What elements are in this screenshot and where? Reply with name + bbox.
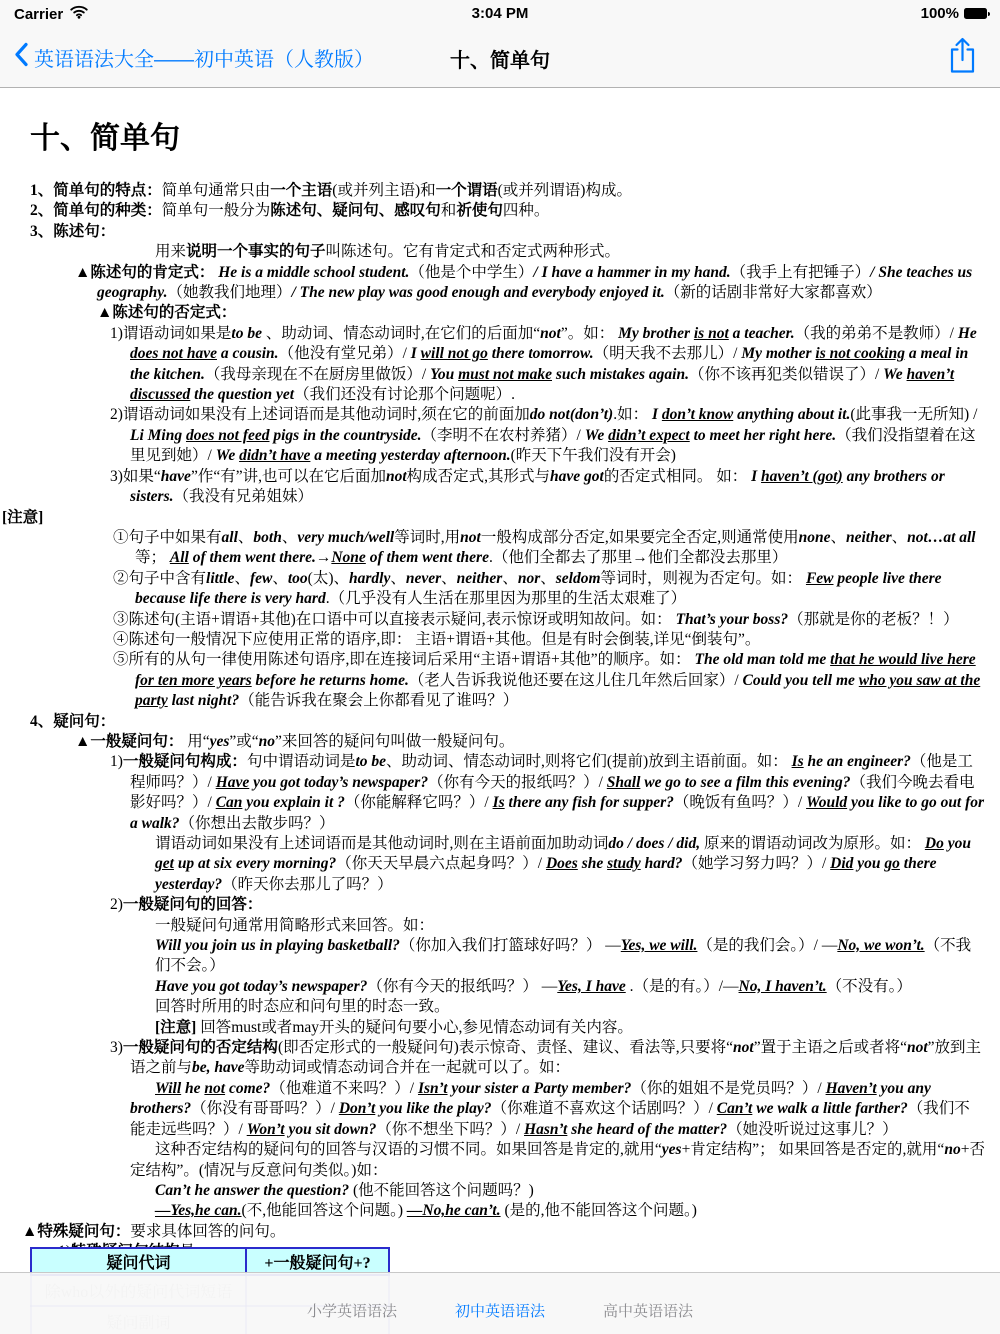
text-run: she (578, 855, 607, 872)
text-run: ⑤所有的从句一律使用陈述句语序,即在连接词后采用“主语+谓语+其他”的顺序。如： (113, 651, 695, 668)
text-run: （我们还没有讨论那个问题呢）. (294, 386, 515, 403)
text-run: (此事我一无所知) / (850, 406, 977, 423)
text-run: 等助动词或情态动词合并在一起就可以了。如： (245, 1059, 571, 1076)
text-run: 2)谓语动词如果没有上述词语而是其他动词时,须在它的前面加 (110, 406, 530, 423)
text-run: Li Ming (130, 427, 186, 444)
text-run: there tomorrow. (488, 345, 594, 362)
text-run: 一般构成部分否定,如果要完全否定,则通常使用 (481, 529, 799, 546)
text-run: ”作“有”讲,也可以在它后面加 (191, 468, 386, 485)
text-run: 要求具体回答的问句。 (130, 1223, 285, 1240)
text-run: ▲陈述句的否定式： (97, 304, 236, 321)
paragraph: 1)谓语动词如果是to be 、助动词、情态动词时,在它们的后面加“not”。如… (130, 324, 985, 406)
text-run: ①句子中如果有 (113, 529, 222, 546)
text-run: 陈述句、疑问句、感叹句 (270, 202, 441, 219)
tab-小学英语语法[interactable]: 小学英语语法 (307, 1300, 397, 1321)
text-run: too (288, 570, 308, 587)
text-run: neither (846, 529, 892, 546)
text-run: We (883, 366, 906, 383)
text-run: (不,他能回答这个问题。) (242, 1202, 407, 1219)
text-run: All (170, 549, 189, 566)
text-run: 、 (441, 570, 457, 587)
text-run: 1) (110, 753, 123, 770)
text-run: you (944, 835, 971, 852)
text-run: .（几乎没有人生活在那里因为那里的生活太艰难了） (326, 590, 686, 607)
text-run: 和 (441, 202, 457, 219)
text-run: 1、简单句的特点： (30, 182, 162, 199)
text-run: last night? (168, 692, 240, 709)
text-run: 、 (238, 529, 254, 546)
text-run: ”或“ (229, 733, 258, 750)
text-run: （她学习努力吗？）/ (682, 855, 830, 872)
text-run: We (585, 427, 608, 444)
text-run: be, have (192, 1059, 245, 1076)
text-run: not (540, 325, 561, 342)
text-run: you (853, 855, 884, 872)
text-run: you like the play? (375, 1100, 491, 1117)
text-run: ”。如： (561, 325, 618, 342)
text-run: not…at all (907, 529, 975, 546)
paragraph: 2)谓语动词如果没有上述词语而是其他动词时,须在它的前面加do not(don’… (130, 405, 985, 466)
text-run: (是的,他不能回答这个问题。) (501, 1202, 697, 1219)
text-run: Did (830, 855, 853, 872)
text-run: （她没听说过这事儿？） (727, 1121, 898, 1138)
text-run: does not have (130, 345, 217, 362)
text-run: don’t know (662, 406, 733, 423)
text-run: （他是个中学生） (409, 264, 533, 281)
text-run: You (430, 366, 458, 383)
text-run: 一般疑问句通常用简略形式来回答。如： (155, 917, 434, 934)
text-run: to be (231, 325, 262, 342)
text-run: both (253, 529, 281, 546)
text-run: （我手上有把锤子） (731, 264, 871, 281)
table-header-cell: +一般疑问句+? (246, 1248, 389, 1275)
share-icon (947, 61, 978, 78)
text-run: （你有今天的报纸吗？） — (367, 978, 557, 995)
text-run: none (799, 529, 831, 546)
text-run: 4、疑问句： (30, 713, 115, 730)
text-run: Does (546, 855, 578, 872)
paragraph: [注意] 回答must或者may开头的疑问句要小心,参见情态动词有关内容。 (155, 1018, 985, 1038)
text-run: he (181, 1080, 204, 1097)
paragraph: —Yes,he can.(不,他能回答这个问题。) —No,he can’t. … (155, 1201, 985, 1221)
text-run: yes (662, 1141, 682, 1158)
text-run: ③陈述句(主语+谓语+其他)在口语中可以直接表示疑问,表示惊讶或明知故问。如： (113, 611, 676, 628)
text-run: .（他们全都去了那里→他们全都没去那里） (489, 549, 787, 566)
text-run: never (406, 570, 441, 587)
text-run: 2) (110, 896, 123, 913)
text-run: ▲特殊疑问句： (22, 1223, 130, 1240)
text-run: The old man told me (695, 651, 831, 668)
text-run: 、 (502, 570, 518, 587)
text-run: come? (225, 1080, 270, 1097)
document-heading: 十、简单句 (30, 113, 985, 157)
paragraph: 谓语动词如果没有上述词语而是其他动词时,则在主语前面加助动词do / does … (155, 834, 985, 895)
text-run: of them went there.→ (189, 549, 332, 566)
text-run: （晚饭有鱼吗？）/ (674, 794, 806, 811)
text-run: didn’t have (239, 447, 310, 464)
text-run: ④陈述句一般情况下应使用正常的语序,即： 主语+谓语+其他。但是有时会倒装,详见… (113, 631, 760, 648)
text-run: （那就是你的老板？！） (788, 611, 959, 628)
text-run: your sister a Party member? (448, 1080, 632, 1097)
text-run: （李明不在农村养猪）/ (422, 427, 585, 444)
paragraph: Can’t he answer the question? (他不能回答这个问题… (155, 1181, 985, 1201)
text-run: (即否定形式的一般疑问句)表示惊奇、责怪、建议、看法等,只要将“ (278, 1039, 733, 1056)
text-run: 一个谓语 (436, 182, 498, 199)
text-run: the question yet (190, 386, 294, 403)
table-row: 疑问代词+一般疑问句+? (31, 1248, 389, 1275)
paragraph: 2、简单句的种类：简单句一般分为陈述句、疑问句、感叹句和祈使句四种。 (30, 201, 985, 221)
text-run: not (460, 529, 481, 546)
text-run: yes (210, 733, 230, 750)
text-run: not (204, 1080, 225, 1097)
status-bar: Carrier 3:04 PM 100% (0, 0, 1000, 28)
text-run: 、 (892, 529, 908, 546)
text-run: all (222, 529, 238, 546)
battery-percent: 100% (921, 5, 959, 22)
text-run: a cousin. (217, 345, 279, 362)
text-run: （我的弟弟不是教师）/ (795, 325, 958, 342)
text-run: Is (493, 794, 505, 811)
text-run: Can’t (717, 1100, 753, 1117)
paragraph: 回答时所用的时态应和问句里的时态一致。 (155, 997, 985, 1017)
text-run: Will you join us in playing basketball? (155, 937, 400, 954)
text-run: Will (155, 1080, 181, 1097)
text-run: 简单句一般分为 (162, 202, 271, 219)
paragraph: ②句子中含有little、few、too(太)、hardly、never、nei… (135, 569, 985, 610)
text-run: (或并列谓语)构成。 (498, 182, 632, 199)
text-run: didn’t expect (608, 427, 690, 444)
text-run: (或并列主语)和 (332, 182, 435, 199)
text-run: That’s your boss? (676, 611, 789, 628)
text-run: 一个主语 (270, 182, 332, 199)
text-run: 、 (234, 570, 250, 587)
text-run: 3)如果“ (110, 468, 161, 485)
text-run: No, we won’t. (837, 937, 924, 954)
text-run: （是的我们会。）/ — (697, 937, 837, 954)
text-run: you sit down? (285, 1121, 377, 1138)
text-run: 用“ (183, 733, 209, 750)
text-run: I (411, 345, 421, 362)
paragraph: 用来说明一个事实的句子叫陈述句。它有肯定式和否定式两种形式。 (155, 242, 985, 262)
text-run: Can’t he answer the question? (155, 1182, 349, 1199)
text-run: go (884, 855, 900, 872)
text-run: haven’t (got) (761, 468, 843, 485)
text-run: is not cooking (815, 345, 905, 362)
paragraph: 3、陈述句： (30, 222, 985, 242)
text-run: Shall (607, 774, 641, 791)
text-run: is not (694, 325, 729, 342)
text-run: 、助动词、情态动词时,在它们的后面加“ (262, 325, 540, 342)
text-run: 四种。 (503, 202, 550, 219)
text-run: （你没有哥哥吗？）/ (191, 1100, 339, 1117)
text-run: do not(don’t) (530, 406, 613, 423)
text-run: 用来 (155, 243, 186, 260)
paragraph: [注意] (2, 508, 985, 528)
text-run: （能告诉我在聚会上你都看见了谁吗？） (239, 692, 518, 709)
text-run: not (733, 1039, 754, 1056)
table-header-cell: 疑问代词 (31, 1248, 246, 1275)
text-run: 祈使句 (456, 202, 503, 219)
paragraph: 1)一般疑问句构成：句中谓语动词是to be、助动词、情态动词时,则将它们(提前… (130, 752, 985, 834)
text-run: 2、简单句的种类： (30, 202, 162, 219)
text-run: （不没有。） (827, 978, 912, 995)
text-run: Isn’t (418, 1080, 448, 1097)
text-run: (他不能回答这个问题吗？) (349, 1182, 534, 1199)
text-run: [注意] (155, 1019, 196, 1036)
nav-bar: 英语语法大全——初中英语（人教版） 十、简单句 (0, 28, 1000, 87)
paragraph: 3)如果“have”作“有”讲,也可以在它后面加not构成否定式,其形式与hav… (130, 467, 985, 508)
text-run: 叫陈述句。它有肯定式和否定式两种形式。 (326, 243, 621, 260)
text-run: （我母亲现在不在厨房里做饭）/ (205, 366, 430, 383)
text-run: （新的话剧非常好大家都喜欢） (665, 284, 882, 301)
text-run: seldom (556, 570, 601, 587)
text-run: （你的姐姐不是党员吗？）/ (631, 1080, 825, 1097)
paragraph: ①句子中如果有all、both、very much/well等词时,用not一般… (135, 528, 985, 569)
text-run: 说明一个事实的句子 (186, 243, 326, 260)
paragraph: Will you join us in playing basketball?（… (155, 936, 985, 977)
text-run: 的否定式相同。 如： (604, 468, 751, 485)
paragraph: 一般疑问句通常用简略形式来回答。如： (155, 916, 985, 936)
text-run: ②句子中含有 (113, 570, 206, 587)
text-run: 、 (282, 529, 298, 546)
text-run: there any fish for supper? (505, 794, 674, 811)
text-run: 、助动词、情态动词时,则将它们(提前)放到主语前面。如： (386, 753, 792, 770)
text-run: not (386, 468, 407, 485)
text-run: does not feed (186, 427, 270, 444)
text-run: Can (216, 794, 243, 811)
text-run: have got (550, 468, 604, 485)
text-run: .（是的有。）/— (626, 978, 739, 995)
text-run: she heard of the matter? (567, 1121, 727, 1138)
text-run: （你不该再犯类似错误了）/ (689, 366, 883, 383)
text-run: We (216, 447, 239, 464)
text-run: up at six every morning? (174, 855, 336, 872)
text-run: My mother (741, 345, 815, 362)
text-run: / The new play was good enough and every… (291, 284, 664, 301)
text-run: hard? (641, 855, 683, 872)
text-run: I (751, 468, 761, 485)
text-run: Could you tell me (743, 672, 859, 689)
text-run: 、 (272, 570, 288, 587)
text-run: few (250, 570, 272, 587)
text-run: nor (518, 570, 540, 587)
text-run: ”置于主语之后或者将“ (754, 1039, 907, 1056)
text-run: 简单句通常只由 (162, 182, 271, 199)
paragraph: 4、疑问句： (30, 712, 985, 732)
text-run: will not go (421, 345, 488, 362)
text-run: Don’t (339, 1100, 375, 1117)
text-run: very much/well (297, 529, 394, 546)
paragraph: ④陈述句一般情况下应使用正常的语序,即： 主语+谓语+其他。但是有时会倒装,详见… (135, 630, 985, 650)
text-run: （她教我们地理） (167, 284, 291, 301)
text-run: Have you got today’s newspaper? (155, 978, 367, 995)
text-run: 谓语动词如果没有上述词语而是其他动词时,则在主语前面加助动词 (155, 835, 608, 852)
text-run: ▲陈述句的肯定式： (75, 264, 214, 281)
text-run: Yes, I have (557, 978, 625, 995)
text-run: 1)谓语动词如果是 (110, 325, 231, 342)
text-run: ”来回答的疑问句叫做一般疑问句。 (275, 733, 514, 750)
text-run: —No,he can’t. (407, 1202, 501, 1219)
text-run: 一般疑问句构成： (123, 753, 247, 770)
text-run: （你天天早晨六点起身吗？）/ (336, 855, 546, 872)
text-run: (昨天下午我们没有开会) (511, 447, 676, 464)
text-run: / I have a hammer in my hand. (533, 264, 730, 281)
document-scroll-area[interactable]: 十、简单句 1、简单句的特点：简单句通常只由一个主语(或并列主语)和一个谓语(或… (0, 88, 1000, 1247)
paragraph: 2)一般疑问句的回答： (130, 895, 985, 915)
text-run: 3) (110, 1039, 123, 1056)
text-run: not (907, 1039, 928, 1056)
text-run: Is (792, 753, 804, 770)
text-run: 这种否定结构的疑问句的回答与汉语的习惯不同。如果回答是肯定的,就用“ (155, 1141, 662, 1158)
text-run: 一般疑问句的否定结构 (123, 1039, 278, 1056)
text-run: a teacher. (729, 325, 795, 342)
paragraph: Will he not come?（他难道不来吗？）/ Isn’t your s… (130, 1079, 985, 1140)
text-run: anything about it. (733, 406, 850, 423)
text-run: hardly (349, 570, 390, 587)
text-run: （明天我不去那儿）/ (594, 345, 742, 362)
text-run: （他没有堂兄弟）/ (279, 345, 411, 362)
paragraph: ⑤所有的从句一律使用陈述句语序,即在连接词后采用“主语+谓语+其他”的顺序。如：… (135, 650, 985, 711)
text-run: [注意] (2, 509, 43, 526)
text-run: no (944, 1141, 960, 1158)
text-run: Haven’t (826, 1080, 877, 1097)
text-run: get (155, 855, 174, 872)
text-run: no (259, 733, 275, 750)
text-run: （你能解释它吗？）/ (345, 794, 493, 811)
text-run: 等词时,用 (394, 529, 460, 546)
text-run: （你想出去散步吗？） (180, 815, 335, 832)
text-run: before he returns home. (252, 672, 409, 689)
tab-初中英语语法[interactable]: 初中英语语法 (455, 1300, 545, 1321)
text-run: He is a middle school student. (214, 264, 409, 281)
paragraph: ▲特殊疑问句：要求具体回答的问句。 (22, 1222, 985, 1242)
page-title: 十、简单句 (0, 44, 1000, 73)
text-run: He (958, 325, 977, 342)
text-run: Do (925, 835, 944, 852)
text-run: None (331, 549, 365, 566)
text-run: 回答时所用的时态应和问句里的时态一致。 (155, 998, 450, 1015)
text-run: (太)、 (308, 570, 349, 587)
text-run: Hasn’t (524, 1121, 567, 1138)
text-run: 等词时，则视为否定句。如： (601, 570, 806, 587)
battery-full-icon (964, 8, 990, 19)
text-run: ▲一般疑问句： (75, 733, 183, 750)
text-run: such mistakes again. (552, 366, 689, 383)
text-run: （你难道不喜欢这个话剧吗？）/ (492, 1100, 717, 1117)
text-run: we walk a little farther? (752, 1100, 907, 1117)
text-run: （老人告诉我说他还要在这儿住几年然后回家）/ (409, 672, 743, 689)
document-body: 1、简单句的特点：简单句通常只由一个主语(或并列主语)和一个谓语(或并列谓语)构… (0, 181, 985, 1247)
text-run: you explain it ? (242, 794, 344, 811)
text-run: Have (216, 774, 250, 791)
text-run: do / does / did, (608, 835, 700, 852)
text-run: Few (806, 570, 834, 587)
text-run: Won’t (247, 1121, 285, 1138)
text-run: Would (806, 794, 847, 811)
text-run: neither (457, 570, 503, 587)
text-run: we go to see a film this evening? (640, 774, 850, 791)
text-run: 句中谓语动词是 (247, 753, 356, 770)
bottom-tab-bar: 小学英语语法初中英语语法高中英语语法 (0, 1272, 1000, 1334)
text-run: to meet her right here. (690, 427, 836, 444)
text-run: 等； (135, 549, 170, 566)
text-run: little (206, 570, 234, 587)
text-run: study (607, 855, 641, 872)
text-run: My brother (618, 325, 694, 342)
text-run: I (652, 406, 662, 423)
tab-高中英语语法[interactable]: 高中英语语法 (603, 1300, 693, 1321)
text-run: pigs in the countryside. (270, 427, 422, 444)
paragraph: 这种否定结构的疑问句的回答与汉语的习惯不同。如果回答是肯定的,就用“yes+肯定… (130, 1140, 985, 1181)
text-run: of them went there (366, 549, 489, 566)
text-run: —Yes,he can. (155, 1202, 242, 1219)
share-button[interactable] (947, 36, 978, 79)
text-run: （你加入我们打篮球好吗？） — (400, 937, 621, 954)
text-run: Yes, we will. (621, 937, 698, 954)
paragraph: 1、简单句的特点：简单句通常只由一个主语(或并列主语)和一个谓语(或并列谓语)构… (30, 181, 985, 201)
paragraph: Have you got today’s newspaper?（你有今天的报纸吗… (155, 977, 985, 997)
text-run: have (161, 468, 191, 485)
text-run: （你有今天的报纸吗？）/ (428, 774, 607, 791)
text-run: +肯定结构”； 如果回答是否定的,就用“ (682, 1141, 945, 1158)
paragraph: 3)一般疑问句的否定结构(即否定形式的一般疑问句)表示惊奇、责怪、建议、看法等,… (130, 1038, 985, 1079)
paragraph: ▲一般疑问句： 用“yes”或“no”来回答的疑问句叫做一般疑问句。 (75, 732, 985, 752)
text-run: （我没有兄弟姐妹） (174, 488, 314, 505)
paragraph: ▲陈述句的否定式： (97, 303, 985, 323)
text-run: to be (355, 753, 386, 770)
text-run: 3、陈述句： (30, 223, 115, 240)
top-chrome: Carrier 3:04 PM 100% (0, 0, 1000, 88)
text-run: 、 (540, 570, 556, 587)
text-run: （你不想坐下吗？）/ (376, 1121, 524, 1138)
text-run: 构成否定式,其形式与 (407, 468, 550, 485)
text-run: 一般疑问句的回答： (123, 896, 263, 913)
text-run: 回答must或者may开头的疑问句要小心,参见情态动词有关内容。 (196, 1019, 633, 1036)
text-run: must not make (458, 366, 552, 383)
paragraph: ③陈述句(主语+谓语+其他)在口语中可以直接表示疑问,表示惊讶或明知故问。如： … (135, 610, 985, 630)
text-run: 、 (390, 570, 406, 587)
text-run: （昨天你去那儿了吗？） (222, 876, 393, 893)
clock: 3:04 PM (0, 5, 1000, 22)
text-run: you got today’s newspaper? (249, 774, 428, 791)
text-run: .如： (613, 406, 652, 423)
paragraph: ▲陈述句的肯定式： He is a middle school student.… (97, 263, 985, 304)
text-run: he an engineer? (804, 753, 911, 770)
text-run: No, I haven’t. (739, 978, 827, 995)
text-run: （他难道不来吗？）/ (270, 1080, 418, 1097)
text-run: 原来的谓语动词改为原形。如： (700, 835, 925, 852)
text-run: a meeting yesterday afternoon. (310, 447, 510, 464)
text-run: 、 (830, 529, 846, 546)
